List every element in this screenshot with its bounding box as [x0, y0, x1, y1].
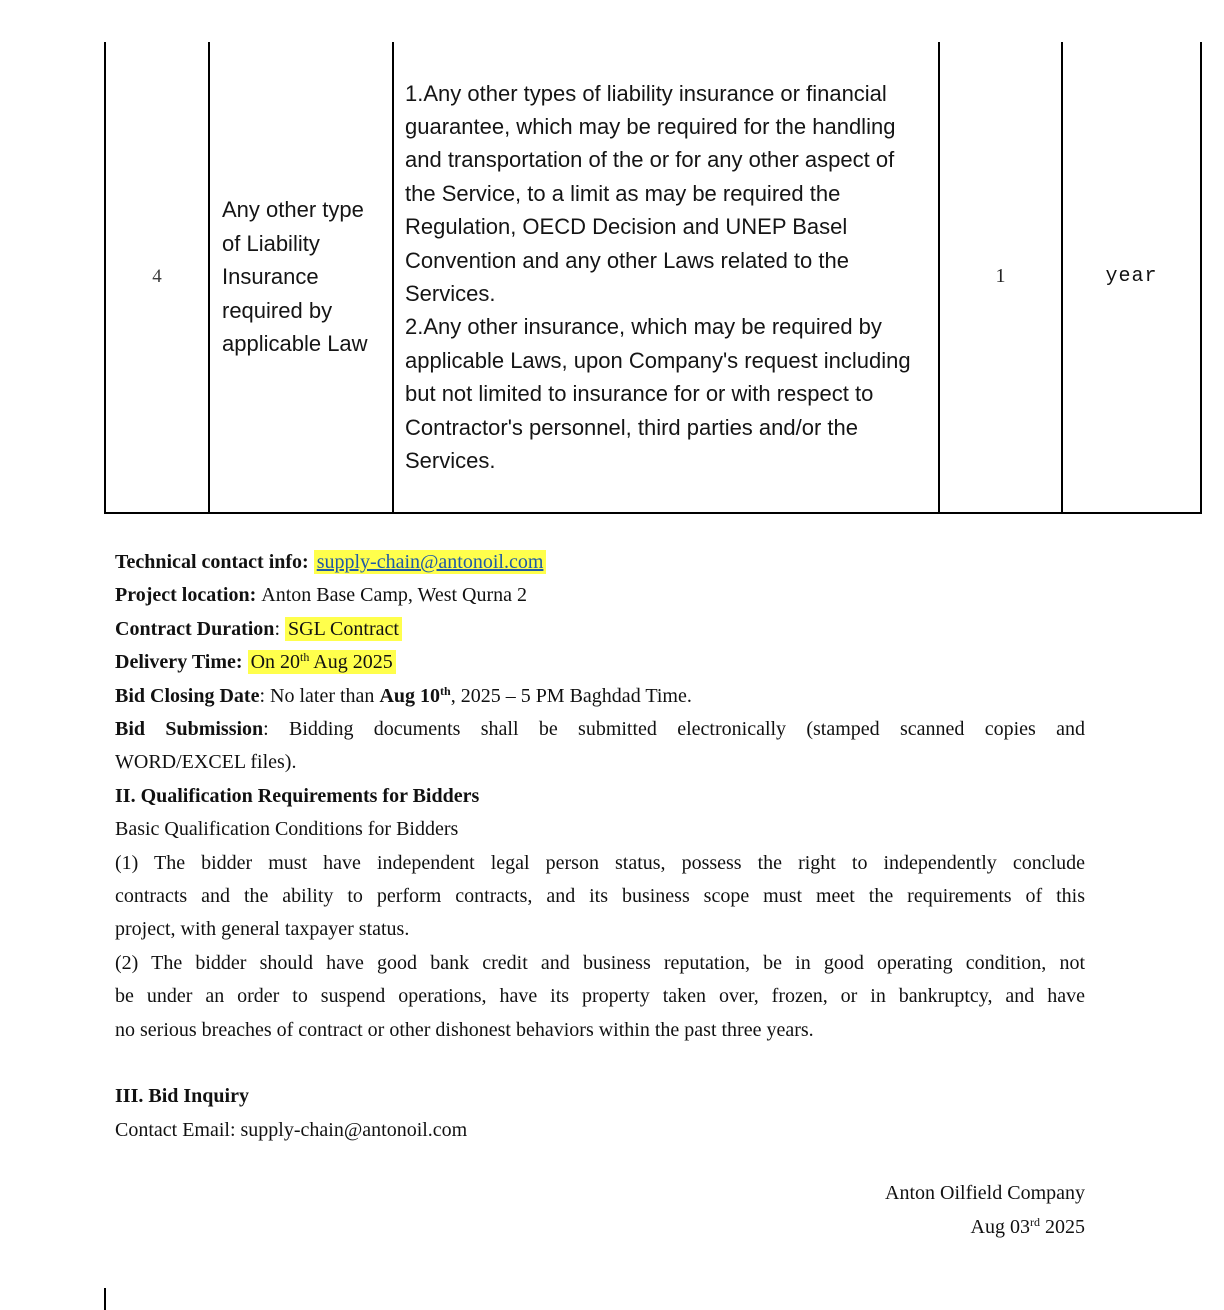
delivery-date-rest: Aug 2025 [309, 651, 392, 673]
para2-line-2: be under an order to suspend operations,… [115, 980, 1085, 1013]
row-number: 4 [152, 260, 162, 293]
delivery-date-ordinal: th [300, 650, 309, 664]
document-page: 4 Any other type of Liability Insurance … [0, 0, 1224, 1310]
bid-closing-date-ordinal: th [440, 684, 451, 698]
project-location-label: Project location: [115, 584, 261, 606]
project-location-value: Anton Base Camp, West Qurna 2 [261, 584, 527, 606]
document-body: Technical contact info: supply-chain@ant… [115, 546, 1085, 1244]
heading-qualification-requirements: II. Qualification Requirements for Bidde… [115, 780, 1085, 813]
contract-duration-label: Contract Duration [115, 618, 274, 640]
quantity-value: 1 [996, 260, 1006, 293]
signature-company: Anton Oilfield Company [115, 1177, 1085, 1210]
technical-contact-email-link[interactable]: supply-chain@antonoil.com [317, 551, 544, 573]
delivery-time-label: Delivery Time: [115, 651, 248, 673]
insurance-type-text: Any other type of Liability Insurance re… [222, 193, 382, 360]
bid-closing-date-line: Bid Closing Date: No later than Aug 10th… [115, 680, 1085, 713]
technical-contact-label: Technical contact info: [115, 551, 314, 573]
description-paragraph-2: 2.Any other insurance, which may be requ… [405, 310, 924, 477]
table-cell-unit: year [1061, 42, 1202, 512]
para2-line-1: (2) The bidder should have good bank cre… [115, 947, 1085, 980]
signature-date-text: Aug 03 [971, 1216, 1030, 1238]
contact-email-line: Contact Email: supply-chain@antonoil.com [115, 1114, 1085, 1147]
signature-block: Anton Oilfield Company Aug 03rd 2025 [115, 1177, 1085, 1244]
delivery-date-text: On 20 [251, 651, 300, 673]
description-paragraph-1: 1.Any other types of liability insurance… [405, 77, 924, 311]
next-table-border-fragment [104, 1288, 106, 1310]
contract-duration-line: Contract Duration: SGL Contract [115, 613, 1085, 646]
bid-closing-post: , 2025 – 5 PM Baghdad Time. [451, 685, 692, 707]
bid-closing-date-bold: Aug 10th [379, 685, 450, 707]
table-cell-description: 1.Any other types of liability insurance… [392, 42, 938, 512]
table-cell-quantity: 1 [938, 42, 1061, 512]
description-paragraphs: 1.Any other types of liability insurance… [405, 42, 924, 512]
para1-line-2: contracts and the ability to perform con… [115, 880, 1085, 913]
heading-bid-inquiry: III. Bid Inquiry [115, 1080, 1085, 1113]
delivery-time-line: Delivery Time: On 20th Aug 2025 [115, 646, 1085, 679]
bid-submission-text: : Bidding documents shall be submitted e… [263, 718, 1085, 740]
unit-value: year [1105, 260, 1157, 293]
table-cell-insurance-type: Any other type of Liability Insurance re… [208, 42, 392, 512]
para2-line-3: no serious breaches of contract or other… [115, 1014, 1085, 1047]
bid-closing-date-text: Aug 10 [379, 685, 440, 707]
heading-iii-text: III. Bid Inquiry [115, 1085, 249, 1107]
table-cell-row-number: 4 [104, 42, 208, 512]
qualification-paragraph-1: (1) The bidder must have independent leg… [115, 847, 1085, 947]
signature-date: Aug 03rd 2025 [115, 1211, 1085, 1244]
basic-conditions-line: Basic Qualification Conditions for Bidde… [115, 813, 1085, 846]
signature-date-ordinal: rd [1030, 1215, 1040, 1229]
para1-line-3: project, with general taxpayer status. [115, 913, 1085, 946]
technical-contact-line: Technical contact info: supply-chain@ant… [115, 546, 1085, 579]
signature-date-year: 2025 [1040, 1216, 1085, 1238]
bid-closing-label: Bid Closing Date [115, 685, 259, 707]
bid-submission-label: Bid Submission [115, 718, 263, 740]
blank-line [115, 1047, 1085, 1080]
technical-contact-email-highlight: supply-chain@antonoil.com [314, 550, 547, 574]
qualification-paragraph-2: (2) The bidder should have good bank cre… [115, 947, 1085, 1047]
heading-ii-text: II. Qualification Requirements for Bidde… [115, 785, 479, 807]
bid-submission-line-1: Bid Submission: Bidding documents shall … [115, 713, 1085, 746]
delivery-time-highlight: On 20th Aug 2025 [248, 650, 396, 674]
bid-closing-pre: : No later than [259, 685, 379, 707]
para1-line-1: (1) The bidder must have independent leg… [115, 847, 1085, 880]
project-location-line: Project location: Anton Base Camp, West … [115, 579, 1085, 612]
bid-submission-line-2: WORD/EXCEL files). [115, 746, 1085, 779]
insurance-table: 4 Any other type of Liability Insurance … [104, 42, 1202, 514]
contract-duration-separator: : [274, 618, 285, 640]
contract-duration-highlight: SGL Contract [285, 617, 402, 641]
